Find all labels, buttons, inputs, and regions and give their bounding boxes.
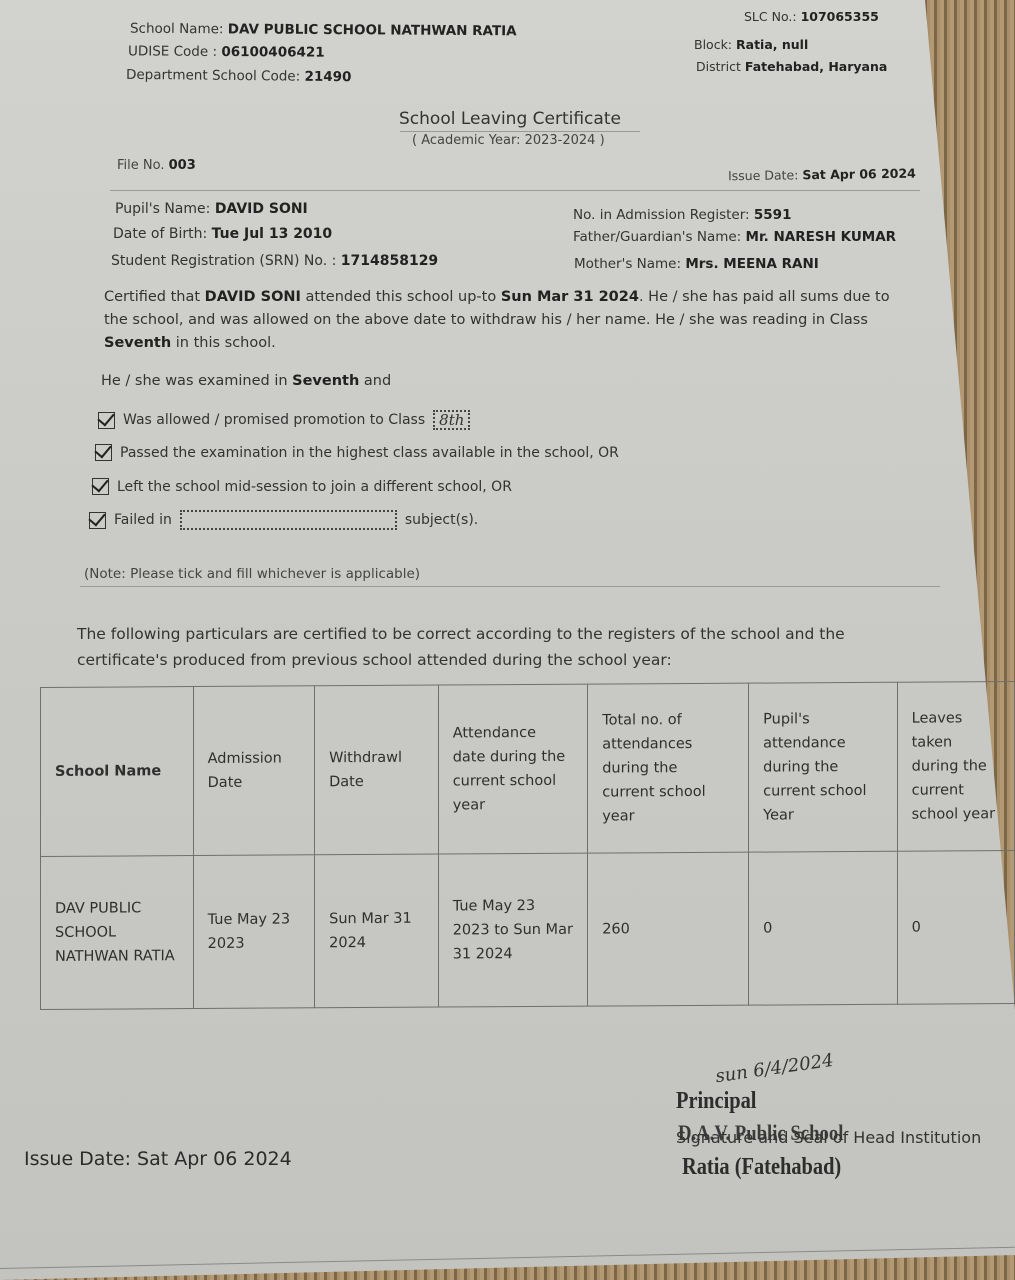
col-withdrawal-date: Withdrawl Date — [315, 685, 439, 855]
cell-withdrawal-date: Sun Mar 31 2024 — [315, 854, 439, 1008]
district-value: Fatehabad, Haryana — [745, 59, 887, 74]
admission-line: No. in Admission Register: 5591 — [573, 207, 791, 223]
dob-line: Date of Birth: Tue Jul 13 2010 — [113, 226, 332, 242]
option-passed-highest-label: Passed the examination in the highest cl… — [120, 445, 619, 461]
promotion-class-field[interactable]: 8th — [433, 410, 470, 430]
checkbox-passed-highest[interactable] — [95, 444, 112, 461]
failed-subjects-field[interactable] — [180, 510, 397, 530]
udise-line: UDISE Code : 06100406421 — [128, 43, 325, 60]
mother-value: Mrs. MEENA RANI — [685, 256, 818, 272]
particulars-intro: The following particulars are certified … — [77, 621, 897, 673]
udise-value: 06100406421 — [221, 44, 324, 61]
cert-text-1: Certified that — [104, 289, 200, 305]
certificate-title: School Leaving Certificate — [399, 109, 621, 129]
dept-code-value: 21490 — [304, 69, 351, 85]
admission-value: 5591 — [754, 207, 792, 223]
school-name-line: School Name: DAV PUBLIC SCHOOL NATHWAN R… — [130, 21, 517, 40]
option-passed-highest[interactable]: Passed the examination in the highest cl… — [95, 444, 619, 461]
col-leaves-taken: Leaves taken during the current school y… — [897, 682, 1014, 852]
srn-label: Student Registration (SRN) No. : — [111, 253, 336, 269]
examined-line: He / she was examined in Seventh and — [101, 370, 391, 393]
cert-class: Seventh — [104, 335, 171, 351]
file-label: File No. — [117, 158, 164, 173]
cell-attendance-period: Tue May 23 2023 to Sun Mar 31 2024 — [438, 853, 588, 1007]
checkbox-failed[interactable] — [89, 512, 106, 529]
option-failed-label: Failed in — [114, 512, 172, 528]
slc-label: SLC No.: — [744, 9, 797, 24]
cert-text-2: attended this school up-to — [306, 289, 497, 305]
pupil-name-label: Pupil's Name: — [115, 201, 210, 217]
file-number: File No. 003 — [117, 158, 196, 173]
checkbox-promotion[interactable] — [98, 412, 115, 429]
stamp-place: Ratia (Fatehabad) — [682, 1154, 841, 1181]
attendance-register-table: School Name Admission Date Withdrawl Dat… — [40, 681, 1015, 1010]
col-total-attendances: Total no. of attendances during the curr… — [588, 683, 749, 853]
mother-line: Mother's Name: Mrs. MEENA RANI — [574, 256, 819, 272]
dept-code-label: Department School Code: — [126, 67, 300, 85]
cert-text-4: in this school. — [176, 335, 276, 351]
option-left-mid-session[interactable]: Left the school mid-session to join a di… — [92, 478, 512, 495]
dob-label: Date of Birth: — [113, 226, 207, 242]
exam-class: Seventh — [292, 373, 359, 389]
cell-pupil-attendance: 0 — [749, 851, 897, 1005]
option-promotion[interactable]: Was allowed / promised promotion to Clas… — [98, 410, 470, 430]
admission-label: No. in Admission Register: — [573, 207, 750, 223]
col-admission-date: Admission Date — [193, 686, 314, 856]
school-name-value: DAV PUBLIC SCHOOL NATHWAN RATIA — [228, 21, 517, 39]
cell-school-name: DAV PUBLIC SCHOOL NATHWAN RATIA — [41, 856, 194, 1010]
srn-value: 1714858129 — [341, 253, 438, 269]
udise-label: UDISE Code : — [128, 43, 217, 60]
col-pupil-attendance: Pupil's attendance during the current sc… — [749, 682, 897, 852]
pupil-name-line: Pupil's Name: DAVID SONI — [115, 201, 308, 217]
col-attendance-period: Attendance date during the current schoo… — [438, 684, 588, 854]
issue-value: Sat Apr 06 2024 — [802, 166, 916, 183]
file-value: 003 — [169, 158, 196, 173]
checkbox-left-mid-session[interactable] — [92, 478, 109, 495]
note-divider — [80, 586, 940, 587]
header-divider — [110, 190, 920, 191]
issue-date-footer: Issue Date: Sat Apr 06 2024 — [24, 1148, 292, 1170]
cert-upto-date: Sun Mar 31 2024 — [501, 289, 639, 305]
dob-value: Tue Jul 13 2010 — [212, 226, 333, 242]
father-value: Mr. NARESH KUMAR — [746, 229, 897, 245]
exam-text-1: He / she was examined in — [101, 373, 288, 389]
signature-caption: Signature and Seal of Head Institution — [676, 1128, 981, 1147]
certification-paragraph: Certified that DAVID SONI attended this … — [104, 286, 904, 355]
exam-text-2: and — [364, 373, 391, 389]
father-line: Father/Guardian's Name: Mr. NARESH KUMAR — [573, 229, 896, 245]
issue-label: Issue Date: — [728, 167, 799, 183]
slc-value: 107065355 — [801, 9, 879, 24]
stamp-principal: Principal — [676, 1088, 756, 1115]
title-underline — [400, 131, 640, 132]
cell-leaves-taken: 0 — [897, 851, 1014, 1005]
block-value: Ratia, null — [736, 37, 808, 52]
cert-pupil-name: DAVID SONI — [205, 289, 301, 305]
block-label: Block: — [694, 37, 732, 52]
option-failed-suffix: subject(s). — [405, 512, 478, 528]
pupil-name-value: DAVID SONI — [215, 201, 308, 217]
district-label: District — [696, 59, 741, 74]
option-left-mid-session-label: Left the school mid-session to join a di… — [117, 479, 512, 495]
srn-line: Student Registration (SRN) No. : 1714858… — [111, 253, 438, 269]
option-failed[interactable]: Failed in subject(s). — [89, 510, 478, 530]
footer-issue-value: Sat Apr 06 2024 — [137, 1148, 292, 1170]
option-promotion-label: Was allowed / promised promotion to Clas… — [123, 412, 425, 428]
school-name-label: School Name: — [130, 21, 224, 38]
issue-date-top: Issue Date: Sat Apr 06 2024 — [728, 166, 916, 184]
slc-line: SLC No.: 107065355 — [744, 9, 879, 24]
table-row: DAV PUBLIC SCHOOL NATHWAN RATIA Tue May … — [41, 851, 1015, 1010]
district-line: District Fatehabad, Haryana — [696, 59, 887, 74]
cell-total-attendances: 260 — [588, 852, 749, 1006]
academic-year: ( Academic Year: 2023-2024 ) — [412, 133, 605, 148]
cell-admission-date: Tue May 23 2023 — [193, 855, 314, 1009]
dept-code-line: Department School Code: 21490 — [126, 67, 352, 85]
col-school-name: School Name — [41, 687, 194, 857]
block-line: Block: Ratia, null — [694, 37, 808, 52]
mother-label: Mother's Name: — [574, 256, 681, 272]
father-label: Father/Guardian's Name: — [573, 229, 741, 245]
table-header-row: School Name Admission Date Withdrawl Dat… — [41, 682, 1015, 857]
footer-issue-label: Issue Date: — [24, 1148, 131, 1170]
note-text: (Note: Please tick and fill whichever is… — [84, 566, 420, 582]
